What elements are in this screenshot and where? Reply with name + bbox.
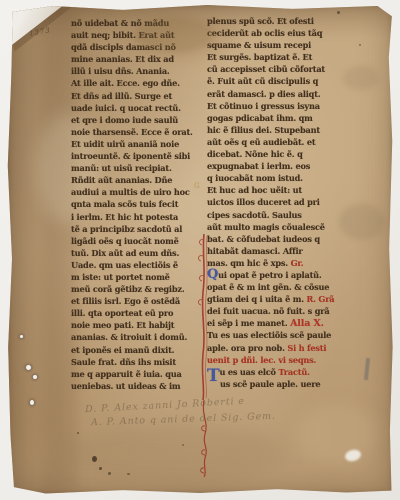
left-text-column: nõ uidebat & nõ mãduauit neq; bibit. Era…	[71, 15, 203, 393]
text-line: Rñdit aũt ananias. Dñe	[71, 172, 203, 184]
text-line: mine ananias. Et dix ad	[71, 51, 203, 63]
text-line: gtiam dei q i uita ẽ m. R. Grã	[207, 291, 391, 303]
body-text: At ille ait. Ecce. ego dñe.	[71, 78, 180, 88]
text-line: nõ uidebat & nõ mãdu	[71, 15, 203, 27]
text-line: plenus spũ scõ. Et ofesti	[207, 13, 391, 25]
text-line: erãt damasci. p dies aliqt.	[207, 86, 391, 98]
text-line: et qre i domo iude saulũ	[71, 112, 203, 124]
text-line: manũ: ut uisũ recipiat.	[71, 160, 203, 172]
ink-speck	[92, 456, 97, 462]
body-text: ẽ. Fuit aũt cũ discipulis q	[207, 76, 318, 86]
parchment-leaf: nõ uidebat & nõ mãduauit neq; bibit. Era…	[7, 4, 393, 494]
text-line: hitabãt damasci. Affir	[207, 243, 391, 255]
text-line: uictos illos duceret ad pri	[207, 194, 391, 206]
text-line: noie meo pati. Et habijt	[71, 317, 203, 329]
parchment-hole	[29, 399, 35, 406]
text-line: Saule frat. dñs ihs misit	[71, 354, 203, 366]
text-line: cipes sacdotũ. Saulus	[207, 207, 391, 219]
text-line: tuũ. Dix aũt ad eum dñs.	[71, 245, 203, 257]
text-line: et filiis isrl. Ego ẽ ostẽdã	[71, 293, 203, 305]
text-line: ẽ. Fuit aũt cũ discipulis q	[207, 73, 391, 85]
text-line: meũ corã gẽtibz & regibz.	[71, 281, 203, 293]
right-text-column: plenus spũ scõ. Et ofesticeciderũt ab oc…	[207, 13, 391, 395]
text-line: aũt multo magis cõualescẽ	[207, 219, 391, 231]
text-line: mas. qm hic ẽ xps. Gr.	[207, 255, 391, 267]
body-text: Tu es uas electiõis scẽ paule	[207, 330, 331, 340]
text-line: noie tharsensẽ. Ecce ẽ orat.	[71, 124, 203, 136]
red-penwork-flourish	[197, 230, 223, 478]
body-text: qnta mala scõs tuis fecit	[71, 199, 178, 209]
ink-speck	[99, 467, 102, 470]
text-line: ananias. & itroiuit i domũ.	[71, 329, 203, 341]
text-line: qnta mala scõs tuis fecit	[71, 196, 203, 208]
body-text: us scẽ paule aple. uere	[220, 379, 320, 389]
text-line: qdã discipls damasci nõ	[71, 39, 203, 51]
guide-letter: G	[194, 182, 200, 190]
text-line: aũt oẽs q eũ audiebãt. et	[207, 134, 391, 146]
text-line: bat. & cõfudebat iudeos q	[207, 231, 391, 243]
text-line: gogas pdicabat ihm. qm	[207, 110, 391, 122]
folded-corner	[7, 4, 65, 46]
scuff-mark	[344, 448, 362, 463]
text-line: dei fuit uacua. nõ fuit. s grã	[207, 303, 391, 315]
body-text: ueniebas. ut uideas & im	[71, 381, 180, 391]
text-line: cũ accepisset cibũ cõfortat	[207, 61, 391, 73]
text-line: Et huc ad hoc uẽit: ut	[207, 182, 391, 194]
text-line: opat ẽ & m int gẽn. & cõsue	[207, 279, 391, 291]
parchment-hole	[19, 334, 24, 339]
ink-speck	[182, 444, 184, 446]
text-line: Et dñs ad illũ. Surge et	[71, 88, 203, 100]
text-line: hic ẽ filius dei. Stupebant	[207, 122, 391, 134]
body-text: uictos illos duceret ad pri	[207, 197, 320, 207]
text-line: m iste: ut portet nomẽ	[71, 269, 203, 281]
text-line: et iponẽs ei manũ dixit.	[71, 342, 203, 354]
stain	[67, 424, 287, 484]
text-line: squame & uisum recepi	[207, 37, 391, 49]
text-line: i ierlm. Et hic ht potesta	[71, 209, 203, 221]
text-line: aple. ora pro nob. Si h festi	[207, 340, 391, 352]
text-line: q iuocabãt nom istud.	[207, 170, 391, 182]
text-line: illi. qta oporteat eũ pro	[71, 305, 203, 317]
text-line: audiui a multis de uiro hoc	[71, 184, 203, 196]
ink-speck	[127, 473, 130, 475]
ink-speck	[77, 432, 79, 434]
text-line: uade iuici. q uocat rectũ.	[71, 100, 203, 112]
text-line: dicebat. Nõne hic ẽ. q	[207, 146, 391, 158]
text-line: Et uidit uirũ ananiã noie	[71, 136, 203, 148]
text-line: ceciderũt ab oclis eius tãq	[207, 25, 391, 37]
photo-background: nõ uidebat & nõ mãduauit neq; bibit. Era…	[0, 0, 400, 500]
text-line: me q apparuit ẽ iuia. qua	[71, 366, 203, 378]
text-line: ligãdi oẽs q iuocãt nomẽ	[71, 233, 203, 245]
text-line: At ille ait. Ecce. ego dñe.	[71, 75, 203, 87]
text-line: Qui opat ẽ petro i aplatũ.	[207, 267, 391, 279]
text-line: introeuntẽ. & iponentẽ sibi	[71, 148, 203, 160]
text-line: illũ i uisu dñs. Anania.	[71, 63, 203, 75]
ink-speck	[108, 472, 111, 475]
text-line: Tu es uas electiõis scẽ paule	[207, 327, 391, 339]
stain	[297, 404, 377, 464]
parchment-hole	[25, 364, 32, 371]
text-line: tẽ a principibz sacdotũ al	[71, 221, 203, 233]
text-line: Et cõtinuo i gressus isyna	[207, 98, 391, 110]
text-line: expugnabat i ierlm. eos	[207, 158, 391, 170]
text-line: auit neq; bibit. Erat aũt	[71, 27, 203, 39]
text-line: ei sẽp i me manet. Alla X.	[207, 315, 391, 327]
parchment-hole	[32, 374, 38, 380]
text-line: Et surgẽs. baptizat ẽ. Et	[207, 49, 391, 61]
text-line: ueniebas. ut uideas & im	[71, 378, 203, 390]
text-line: uenit p dñi. lec. vi seqns.	[207, 352, 391, 364]
text-line: Uade. qm uas electiõis ẽ	[71, 257, 203, 269]
body-text: ananias. & itroiuit i domũ.	[71, 332, 187, 342]
